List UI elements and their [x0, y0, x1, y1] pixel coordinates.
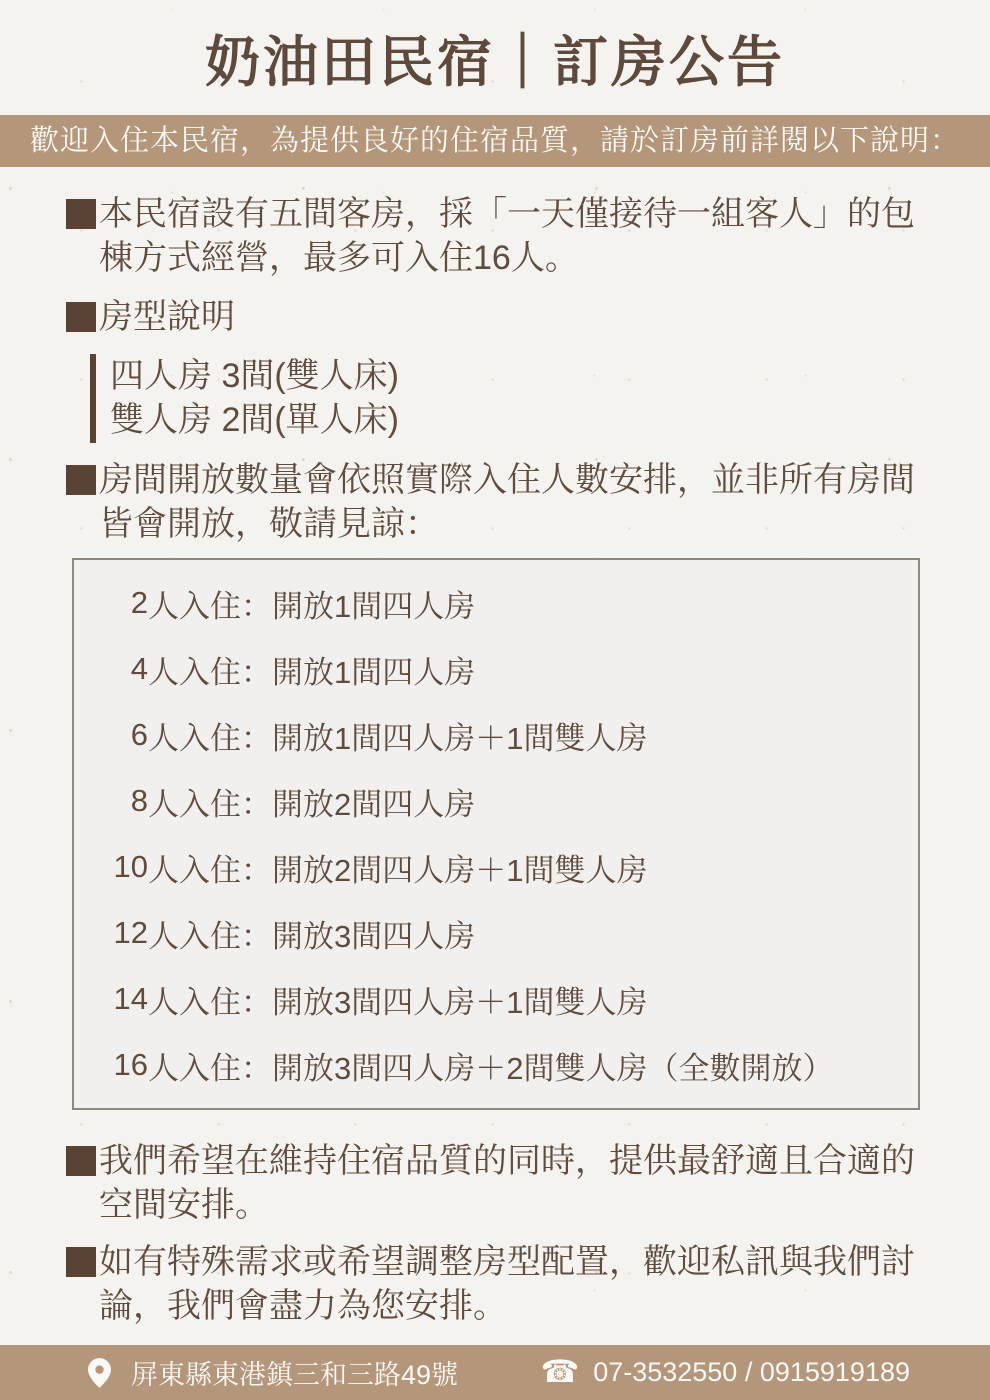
allocation-row: 10人入住：開放2間四人房＋1間雙人房: [102, 834, 908, 900]
rooms-open: 開放3間四人房＋1間雙人房: [272, 977, 647, 1022]
intro-bullet: 本民宿設有五間客房，採「一天僅接待一組客人」的包棟方式經營，最多可入住16人。: [66, 193, 924, 280]
allocation-table: 2人入住：開放1間四人房 4人入住：開放1間四人房 6人入住：開放1間四人房＋1…: [72, 558, 920, 1110]
allocation-row: 4人入住：開放1間四人房: [102, 636, 908, 702]
guest-label: 人入住：: [148, 581, 272, 626]
room-type-heading: 房型說明: [96, 296, 924, 340]
bullet-square-icon: [66, 1247, 96, 1277]
welcome-banner: 歡迎入住本民宿，為提供良好的住宿品質，請於訂房前詳閱以下說明：: [0, 115, 990, 167]
guest-label: 人入住：: [148, 911, 272, 956]
room-type-double: 雙人房 2間(單人床): [110, 398, 924, 443]
intro-text: 本民宿設有五間客房，採「一天僅接待一組客人」的包棟方式經營，最多可入住16人。: [96, 193, 924, 280]
address-text: 屏東縣東港鎮三和三路49號: [131, 1353, 458, 1392]
allocation-row: 12人入住：開放3間四人房: [102, 900, 908, 966]
allocation-row: 6人入住：開放1間四人房＋1間雙人房: [102, 702, 908, 768]
bullet-square-icon: [66, 199, 96, 229]
page-title: 奶油田民宿｜訂房公告: [205, 18, 785, 97]
header: 奶油田民宿｜訂房公告: [0, 0, 990, 115]
guest-label: 人入住：: [148, 977, 272, 1022]
guest-label: 人入住：: [148, 647, 272, 692]
guest-count: 16: [102, 1047, 148, 1083]
guest-count: 14: [102, 981, 148, 1017]
rooms-open: 開放3間四人房: [272, 911, 475, 956]
location-pin-icon: [88, 1358, 111, 1388]
room-type-heading-bullet: 房型說明: [66, 296, 924, 340]
room-type-list: 四人房 3間(雙人床) 雙人房 2間(單人床): [90, 354, 924, 444]
guest-count: 6: [102, 717, 148, 753]
rooms-open: 開放1間四人房＋1間雙人房: [272, 713, 647, 758]
rooms-open: 開放2間四人房＋1間雙人房: [272, 845, 647, 890]
special-request-text: 如有特殊需求或希望調整房型配置，歡迎私訊與我們討論，我們會盡力為您安排。: [96, 1241, 924, 1328]
rooms-open: 開放1間四人房: [272, 581, 475, 626]
allocation-row: 14人入住：開放3間四人房＋1間雙人房: [102, 966, 908, 1032]
rooms-open: 開放3間四人房＋2間雙人房（全數開放）: [272, 1043, 833, 1088]
contact-footer: 屏東縣東港鎮三和三路49號 ☎ 07-3532550 / 0915919189: [0, 1345, 990, 1400]
guest-count: 4: [102, 651, 148, 687]
phone-numbers: 07-3532550 / 0915919189: [593, 1357, 910, 1388]
allocation-row: 16人入住：開放3間四人房＋2間雙人房（全數開放）: [102, 1032, 908, 1098]
rooms-open: 開放1間四人房: [272, 647, 475, 692]
allocation-note-text: 房間開放數量會依照實際入住人數安排，並非所有房間皆會開放，敬請見諒：: [96, 459, 924, 546]
quality-bullet: 我們希望在維持住宿品質的同時，提供最舒適且合適的空間安排。: [66, 1140, 924, 1227]
guest-label: 人入住：: [148, 845, 272, 890]
guest-label: 人入住：: [148, 713, 272, 758]
special-request-bullet: 如有特殊需求或希望調整房型配置，歡迎私訊與我們討論，我們會盡力為您安排。: [66, 1241, 924, 1328]
guest-count: 8: [102, 783, 148, 819]
guest-count: 10: [102, 849, 148, 885]
guest-count: 2: [102, 585, 148, 621]
booking-announcement-poster: 奶油田民宿｜訂房公告 歡迎入住本民宿，為提供良好的住宿品質，請於訂房前詳閱以下說…: [0, 0, 990, 1400]
phone-icon: ☎: [541, 1357, 580, 1388]
address-block: 屏東縣東港鎮三和三路49號: [88, 1353, 458, 1392]
allocation-row: 8人入住：開放2間四人房: [102, 768, 908, 834]
rooms-open: 開放2間四人房: [272, 779, 475, 824]
bullet-square-icon: [66, 465, 96, 495]
guest-count: 12: [102, 915, 148, 951]
allocation-row: 2人入住：開放1間四人房: [102, 570, 908, 636]
guest-label: 人入住：: [148, 1043, 272, 1088]
bullet-square-icon: [66, 1146, 96, 1176]
room-type-quad: 四人房 3間(雙人床): [110, 354, 924, 399]
allocation-note-bullet: 房間開放數量會依照實際入住人數安排，並非所有房間皆會開放，敬請見諒：: [66, 459, 924, 546]
bullet-square-icon: [66, 302, 96, 332]
guest-label: 人入住：: [148, 779, 272, 824]
phone-block: ☎ 07-3532550 / 0915919189: [541, 1357, 910, 1388]
main-content: 本民宿設有五間客房，採「一天僅接待一組客人」的包棟方式經營，最多可入住16人。 …: [0, 167, 990, 1328]
quality-text: 我們希望在維持住宿品質的同時，提供最舒適且合適的空間安排。: [96, 1140, 924, 1227]
